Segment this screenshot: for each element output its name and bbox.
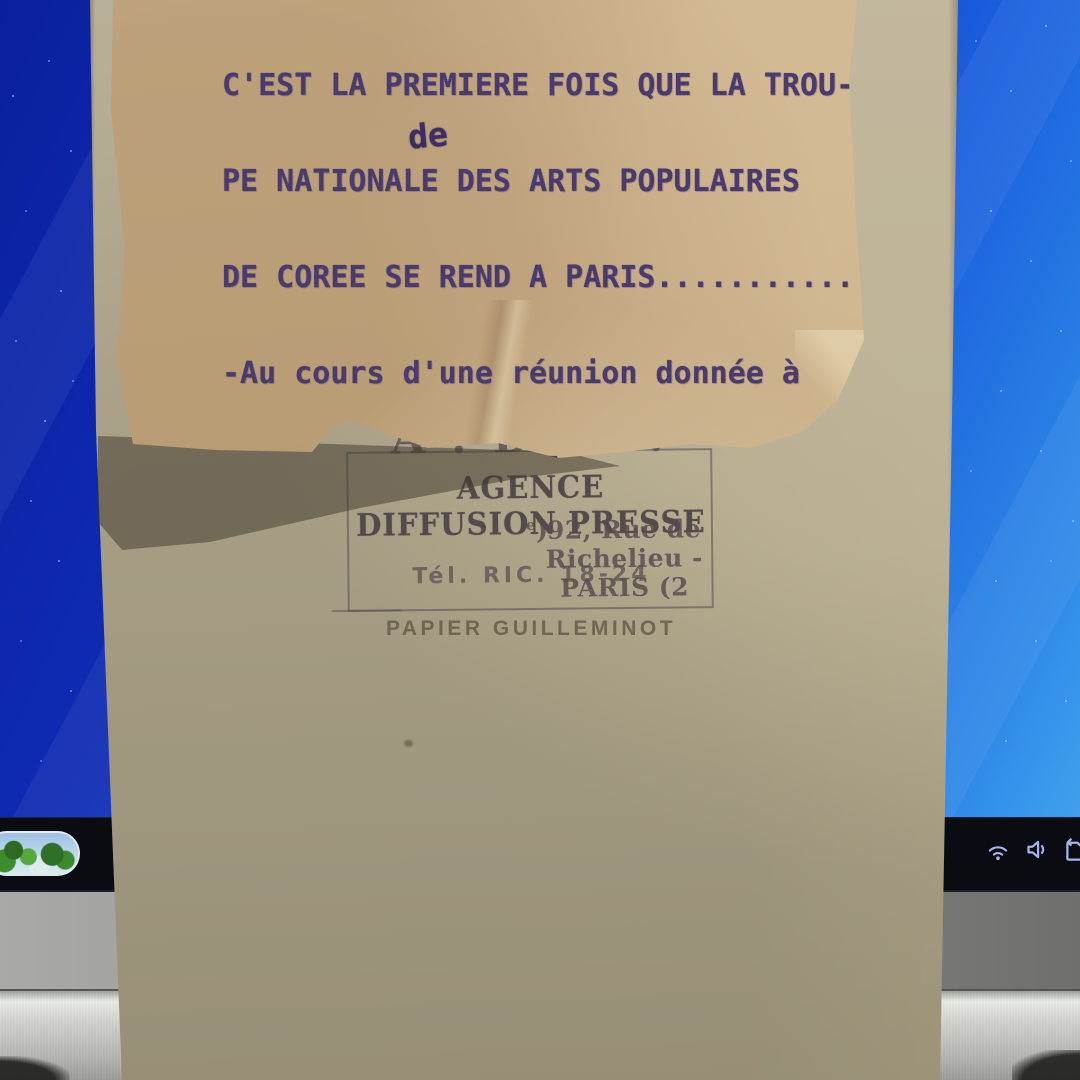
wifi-icon[interactable] <box>985 837 1011 863</box>
background-shadow-left <box>0 1056 70 1080</box>
photographed-scene: A.D.P. AGENCE DIFFUSION PRESSE 92, Rue d… <box>0 0 1080 1080</box>
volume-icon[interactable] <box>1024 836 1051 863</box>
paper-stain <box>404 740 413 747</box>
folder-icon[interactable] <box>1064 836 1080 863</box>
background-shadow-right <box>1012 1050 1080 1080</box>
wallpaper-speckles <box>0 0 2 2</box>
typed-insertion-word: de <box>406 114 449 156</box>
stamp-address: 92, Rue de Richelieu - PARIS (2e) <box>340 514 722 547</box>
typed-line: DE COREE SE REND A PARIS........... <box>222 262 854 294</box>
typed-line: -Au cours d'une réunion donnée à <box>222 358 854 390</box>
stamp-phone: Tél. RIC. 18-24 <box>340 561 722 590</box>
stamp-address-text: 92, Rue de Richelieu - PARIS (2 <box>526 514 723 603</box>
typed-line: PE NATIONALE DES ARTS POPULAIRES <box>222 166 854 198</box>
taskbar-widget-trees[interactable] <box>0 831 80 876</box>
paper-brand-mark: PAPIER GUILLEMINOT <box>340 617 722 641</box>
typed-line: C'EST LA PREMIERE FOIS QUE LA TROU- <box>222 70 854 102</box>
system-tray <box>985 836 1080 863</box>
stamp-address-close: ) <box>536 516 549 545</box>
